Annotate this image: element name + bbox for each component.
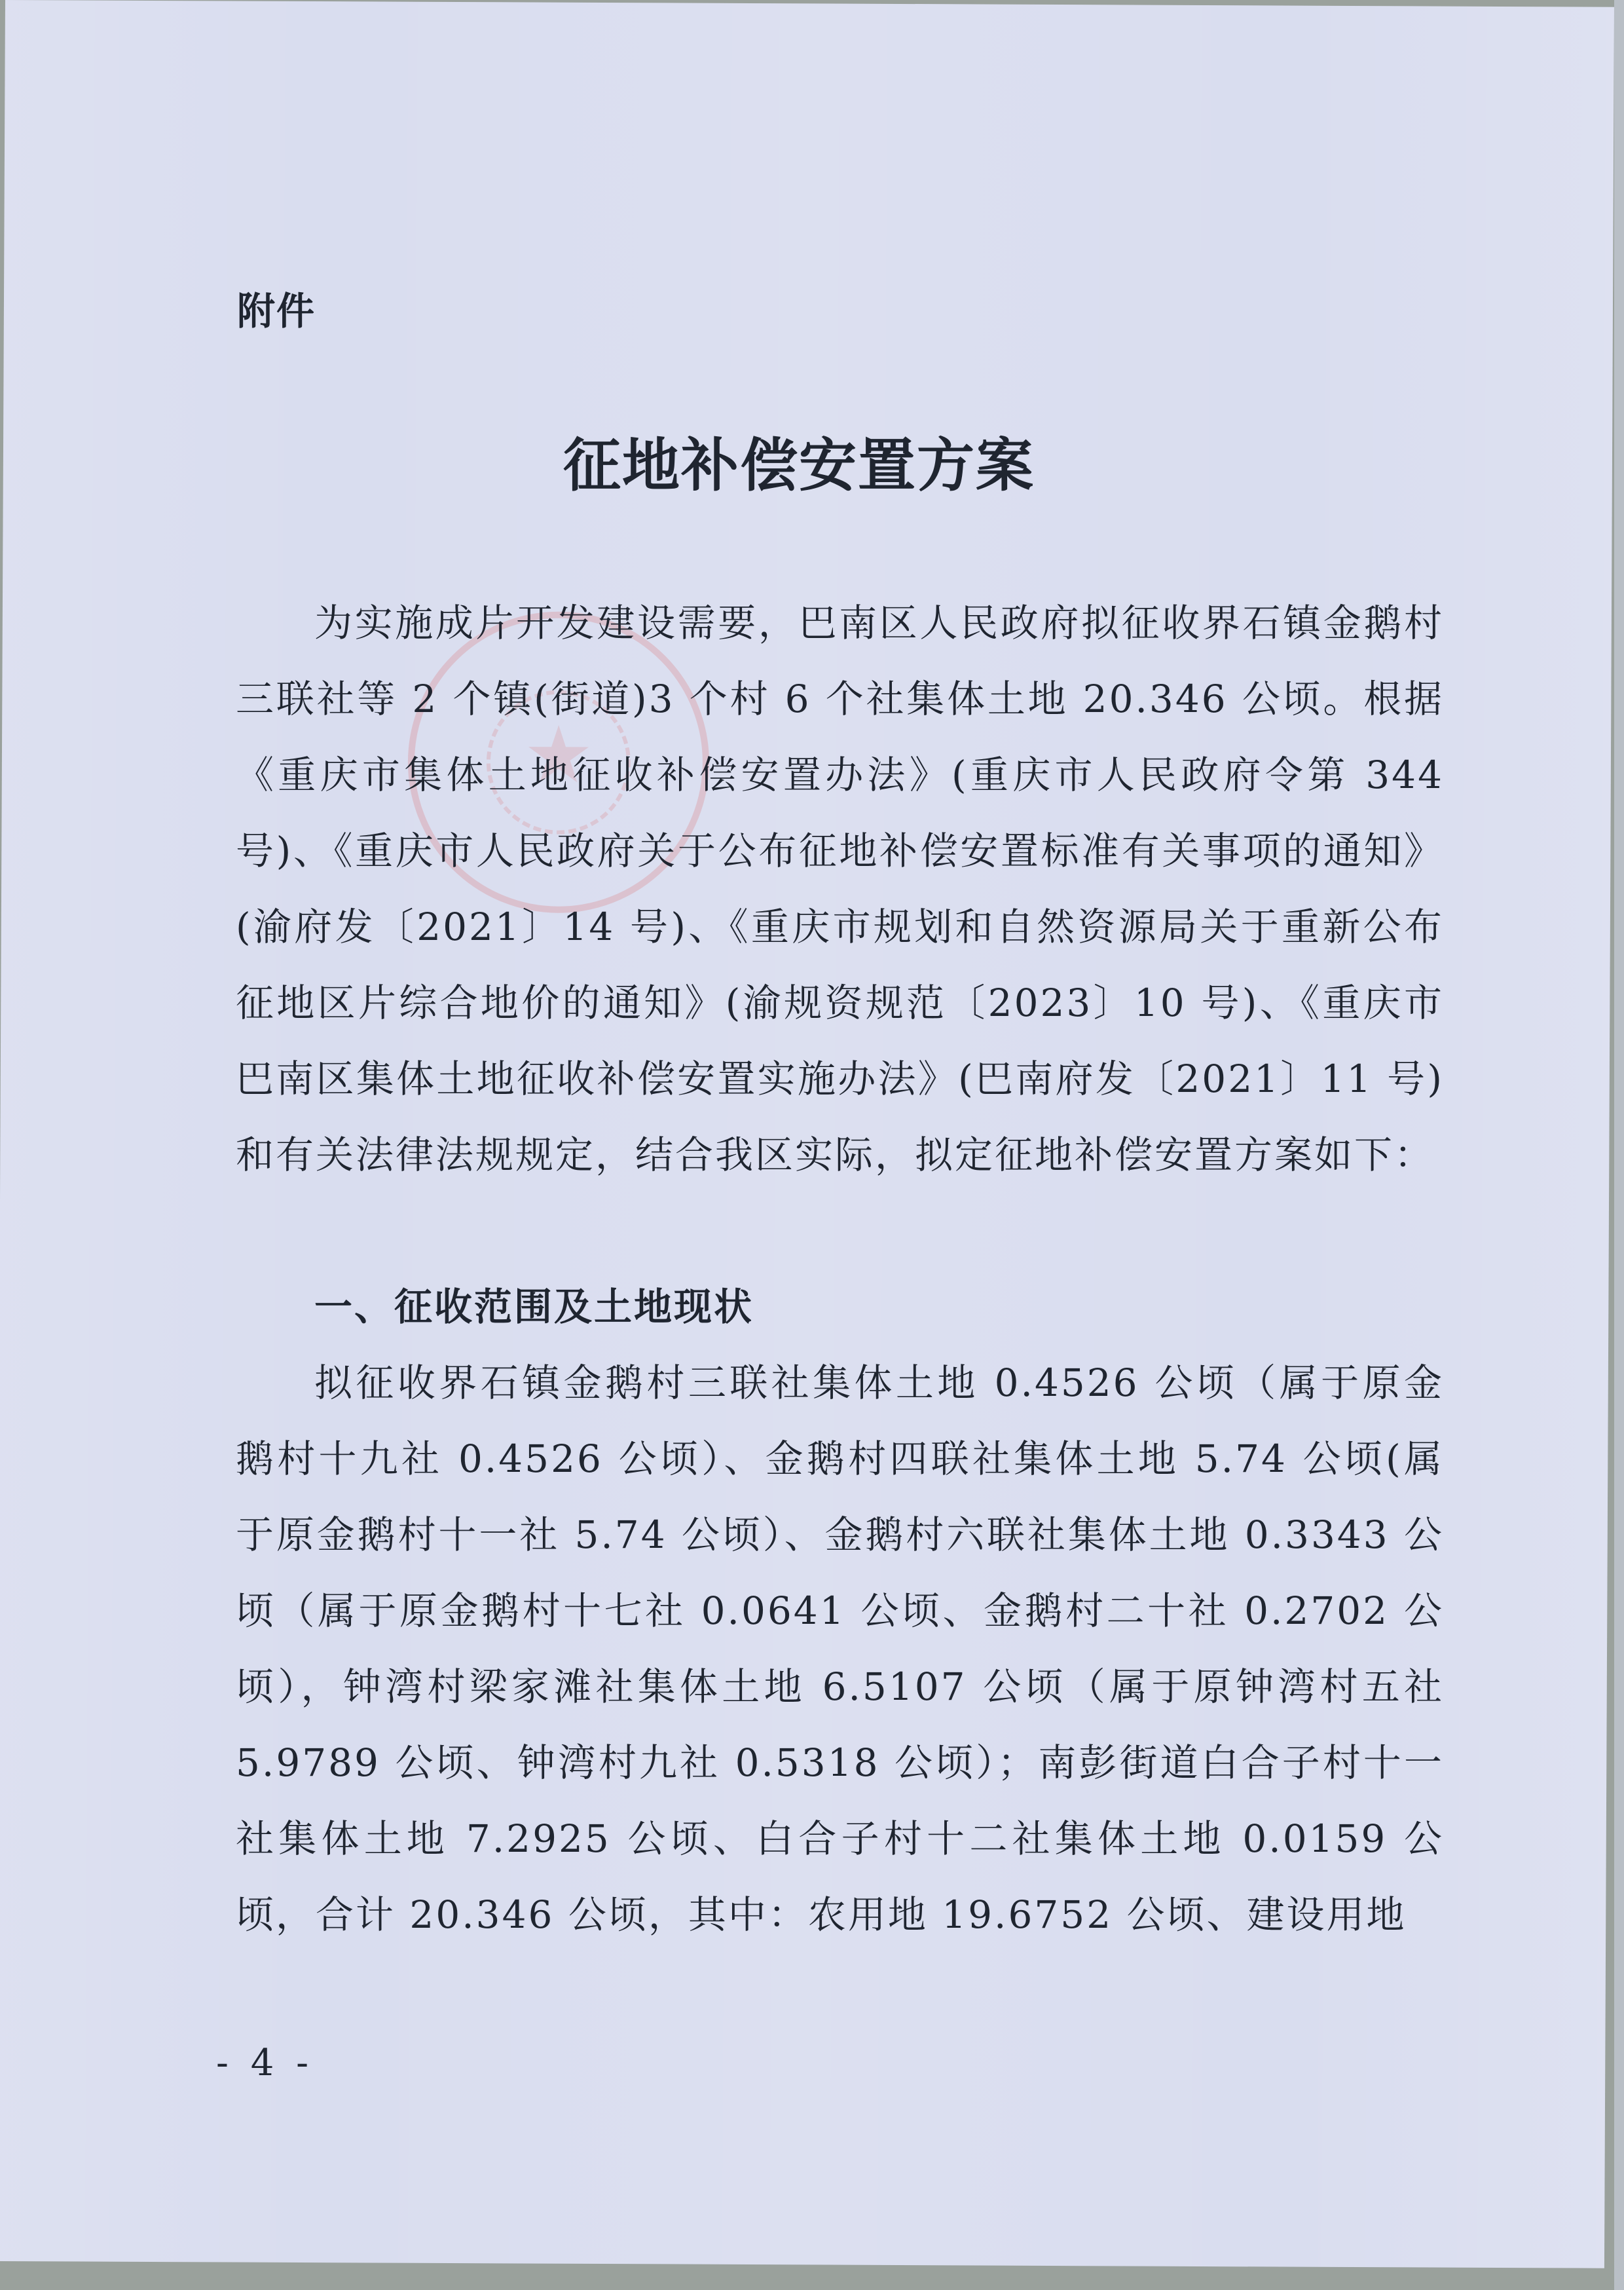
- section-1-paragraph-block: 拟征收界石镇金鹅村三联社集体土地 0.4526 公顷（属于原金鹅村十九社 0.4…: [236, 1345, 1444, 1953]
- intro-paragraph: 为实施成片开发建设需要，巴南区人民政府拟征收界石镇金鹅村三联社等 2 个镇(街道…: [236, 585, 1444, 1193]
- section-1-paragraph: 拟征收界石镇金鹅村三联社集体土地 0.4526 公顷（属于原金鹅村十九社 0.4…: [236, 1345, 1444, 1953]
- section-heading-scope: 一、征收范围及土地现状: [314, 1269, 754, 1345]
- page-number: - 4 -: [216, 2040, 314, 2086]
- intro-paragraph-block: 为实施成片开发建设需要，巴南区人民政府拟征收界石镇金鹅村三联社等 2 个镇(街道…: [236, 585, 1444, 1193]
- attachment-label: 附件: [237, 288, 316, 334]
- document-title: 征地补偿安置方案: [0, 429, 1624, 501]
- scan-edge-strip: [1614, 0, 1624, 2290]
